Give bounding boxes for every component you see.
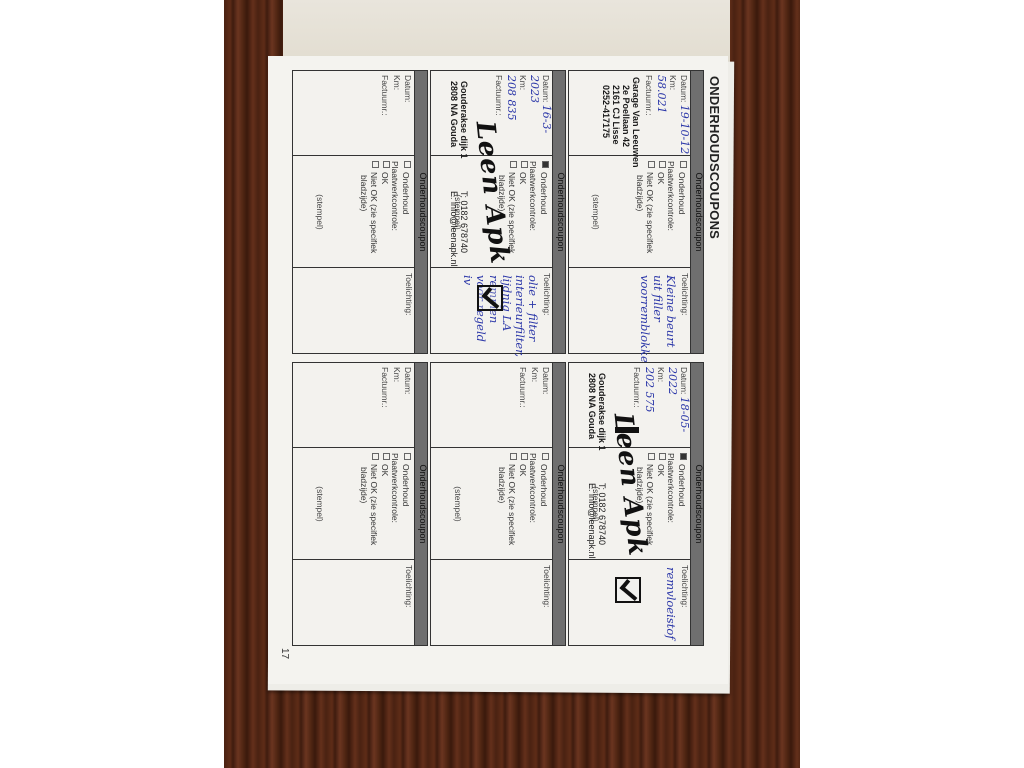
datum-label: Datum: 16-3-2023 <box>528 71 552 155</box>
stamp-checkmark-icon <box>477 285 503 311</box>
onderhoud-checkbox[interactable]: Onderhoud <box>401 449 412 559</box>
toelichting-label: Toelichting: <box>679 561 690 645</box>
factuurnr-label: Factuurnr.: <box>379 71 391 155</box>
ok-checkbox[interactable]: OK <box>518 157 529 267</box>
checkbox-icon <box>542 453 549 460</box>
onderhoud-checkbox[interactable]: Onderhoud <box>677 157 688 267</box>
plaatwerk-label: Plaatwerkcontrole: <box>666 449 677 559</box>
coupon-details: Datum: Km:Factuurnr.: <box>431 363 552 448</box>
coupon-4: OnderhoudscouponDatum: 18-05-2022Km:202 … <box>568 362 704 646</box>
km-label: Km: <box>667 71 678 155</box>
datum-value: 19-10-12 <box>678 105 691 154</box>
toelichting-label: Toelichting: <box>403 269 414 353</box>
coupon-checks: OnderhoudPlaatwerkcontrole:OKNiet OK (zi… <box>293 157 414 268</box>
coupon-header: Onderhoudscoupon <box>414 363 427 645</box>
km-label: Km: <box>391 363 402 447</box>
checkbox-icon <box>373 453 380 460</box>
coupon-header-label: Onderhoudscoupon <box>418 157 428 267</box>
stempel-label: (stempel) <box>315 449 325 559</box>
checkbox-icon <box>680 161 687 168</box>
coupon-header: Onderhoudscoupon <box>690 71 703 353</box>
stamp-contact: T: 0182 678740E: info@leenapk.nl <box>587 483 607 559</box>
datum-label: Datum: <box>402 71 414 155</box>
coupon-checks: OnderhoudPlaatwerkcontrole:OKNiet OK (zi… <box>431 449 552 560</box>
page-number: 17 <box>279 648 290 659</box>
stamp-address: Gouderakse dijk 12808 NA Gouda <box>449 81 469 159</box>
checkbox-icon <box>521 161 528 168</box>
checkbox-icon <box>383 161 390 168</box>
onderhoud-checkbox[interactable]: Onderhoud <box>539 157 550 267</box>
plaatwerk-label: Plaatwerkcontrole: <box>390 449 401 559</box>
stempel-label: (stempel) <box>453 449 463 559</box>
checkbox-icon <box>511 161 518 168</box>
factuurnr-label: Factuurnr.: <box>643 71 655 155</box>
coupon-6: OnderhoudscouponDatum: Km:Factuurnr.: On… <box>292 362 428 646</box>
checkbox-icon <box>521 453 528 460</box>
checkbox-icon <box>511 453 518 460</box>
coupon-checks: OnderhoudPlaatwerkcontrole:OKNiet OK (zi… <box>569 157 690 268</box>
onderhoud-checkbox[interactable]: Onderhoud <box>539 449 550 559</box>
coupon-header-label: Onderhoudscoupon <box>694 157 704 267</box>
datum-label: Datum: 18-05-2022 <box>666 363 690 447</box>
coupon-notes: Toelichting: <box>293 269 414 353</box>
checkbox-icon <box>383 453 390 460</box>
ok-checkbox[interactable]: OK <box>656 449 667 559</box>
km-label: Km: <box>391 71 402 155</box>
checkbox-icon <box>680 453 687 460</box>
booklet-content: ONDERHOUDSCOUPONS OnderhoudscouponDatum:… <box>268 56 728 684</box>
toelichting-value: Kleine beurt uit filler voorremblokken. <box>638 269 679 353</box>
datum-label: Datum: <box>540 363 552 447</box>
toelichting-label: Toelichting: <box>541 561 552 645</box>
coupon-header-label: Onderhoudscoupon <box>556 157 566 267</box>
onderhoud-checkbox[interactable]: Onderhoud <box>677 449 688 559</box>
datum-label: Datum: <box>402 363 414 447</box>
coupon-1: OnderhoudscouponDatum: 19-10-12Km:58.021… <box>568 70 704 354</box>
coupon-checks: OnderhoudPlaatwerkcontrole:OKNiet OK (zi… <box>293 449 414 560</box>
stamp-address: Gouderakse dijk 12808 NA Gouda <box>587 373 607 451</box>
bladzijde-label: bladzijde) <box>497 453 507 503</box>
toelichting-value: olie + filter interieurfilter, lijdnig L… <box>461 269 541 353</box>
coupon-2: OnderhoudscouponDatum: 16-3-2023Km:208 8… <box>430 70 566 354</box>
ok-checkbox[interactable]: OK <box>656 157 667 267</box>
coupon-details: Datum: Km:Factuurnr.: <box>293 71 414 156</box>
coupon-5: OnderhoudscouponDatum: Km:Factuurnr.: On… <box>430 362 566 646</box>
toelichting-label: Toelichting: <box>679 269 690 353</box>
ok-checkbox[interactable]: OK <box>380 449 391 559</box>
toelichting-value: remvloeistof <box>664 561 679 645</box>
coupon-header-label: Onderhoudscoupon <box>556 449 566 559</box>
checkbox-icon <box>649 161 656 168</box>
niet-ok-checkbox[interactable]: Niet OK (zie specifiek <box>645 157 656 267</box>
coupon-notes: Toelichting:remvloeistof <box>569 561 690 645</box>
checkbox-icon <box>542 161 549 168</box>
niet-ok-checkbox[interactable]: Niet OK (zie specifiek <box>369 449 380 559</box>
plaatwerk-label: Plaatwerkcontrole: <box>666 157 677 267</box>
km-label: Km: <box>655 363 666 447</box>
checkbox-icon <box>404 453 411 460</box>
coupon-details: Datum: Km:Factuurnr.: <box>293 363 414 448</box>
toelichting-label: Toelichting: <box>541 269 552 353</box>
ok-checkbox[interactable]: OK <box>380 157 391 267</box>
niet-ok-checkbox[interactable]: Niet OK (zie specifiek <box>369 157 380 267</box>
coupon-notes: Toelichting: <box>293 561 414 645</box>
km-label: Km: <box>517 71 528 155</box>
coupon-header: Onderhoudscoupon <box>552 71 565 353</box>
checkbox-icon <box>649 453 656 460</box>
stamp-contact: T: 0182 678740E: info@leenapk.nl <box>449 191 469 267</box>
booklet-title: ONDERHOUDSCOUPONS <box>707 76 722 239</box>
coupon-notes: Toelichting:Kleine beurt uit filler voor… <box>569 269 690 353</box>
coupon-header: Onderhoudscoupon <box>690 363 703 645</box>
bladzijde-label: bladzijde) <box>635 161 645 211</box>
checkbox-icon <box>659 161 666 168</box>
stempel-label: (stempel) <box>591 157 601 267</box>
plaatwerk-label: Plaatwerkcontrole: <box>528 157 539 267</box>
checkbox-icon <box>404 161 411 168</box>
km-value: 58.021 <box>655 71 667 155</box>
coupon-header-label: Onderhoudscoupon <box>694 449 704 559</box>
niet-ok-checkbox[interactable]: Niet OK (zie specifiek <box>507 449 518 559</box>
ok-checkbox[interactable]: OK <box>518 449 529 559</box>
checkbox-icon <box>659 453 666 460</box>
bladzijde-label: bladzijde) <box>359 453 369 503</box>
toelichting-label: Toelichting: <box>403 561 414 645</box>
onderhoud-checkbox[interactable]: Onderhoud <box>401 157 412 267</box>
datum-label: Datum: 19-10-12 <box>678 71 690 155</box>
km-label: Km: <box>529 363 540 447</box>
stamp-checkmark-icon <box>615 577 641 603</box>
plaatwerk-label: Plaatwerkcontrole: <box>390 157 401 267</box>
plaatwerk-label: Plaatwerkcontrole: <box>528 449 539 559</box>
factuurnr-label: Factuurnr.: <box>379 363 391 447</box>
booklet-page: ONDERHOUDSCOUPONS OnderhoudscouponDatum:… <box>268 56 728 684</box>
coupon-notes: Toelichting: <box>431 561 552 645</box>
km-value: 202 575 <box>643 363 655 447</box>
coupon-3: OnderhoudscouponDatum: Km:Factuurnr.: On… <box>292 70 428 354</box>
coupon-notes: Toelichting:olie + filter interieurfilte… <box>431 269 552 353</box>
coupon-header: Onderhoudscoupon <box>552 363 565 645</box>
bladzijde-label: bladzijde) <box>359 161 369 211</box>
stempel-label: (stempel) <box>315 157 325 267</box>
garage-stamp: Garage Van Leeuwen2e Poellaan 422161 CJ … <box>601 77 641 168</box>
km-value: 208 835 <box>505 71 517 155</box>
coupon-header: Onderhoudscoupon <box>414 71 427 353</box>
coupon-header-label: Onderhoudscoupon <box>418 449 428 559</box>
checkbox-icon <box>373 161 380 168</box>
factuurnr-label: Factuurnr.: <box>517 363 529 447</box>
stamp-mark <box>615 427 639 433</box>
